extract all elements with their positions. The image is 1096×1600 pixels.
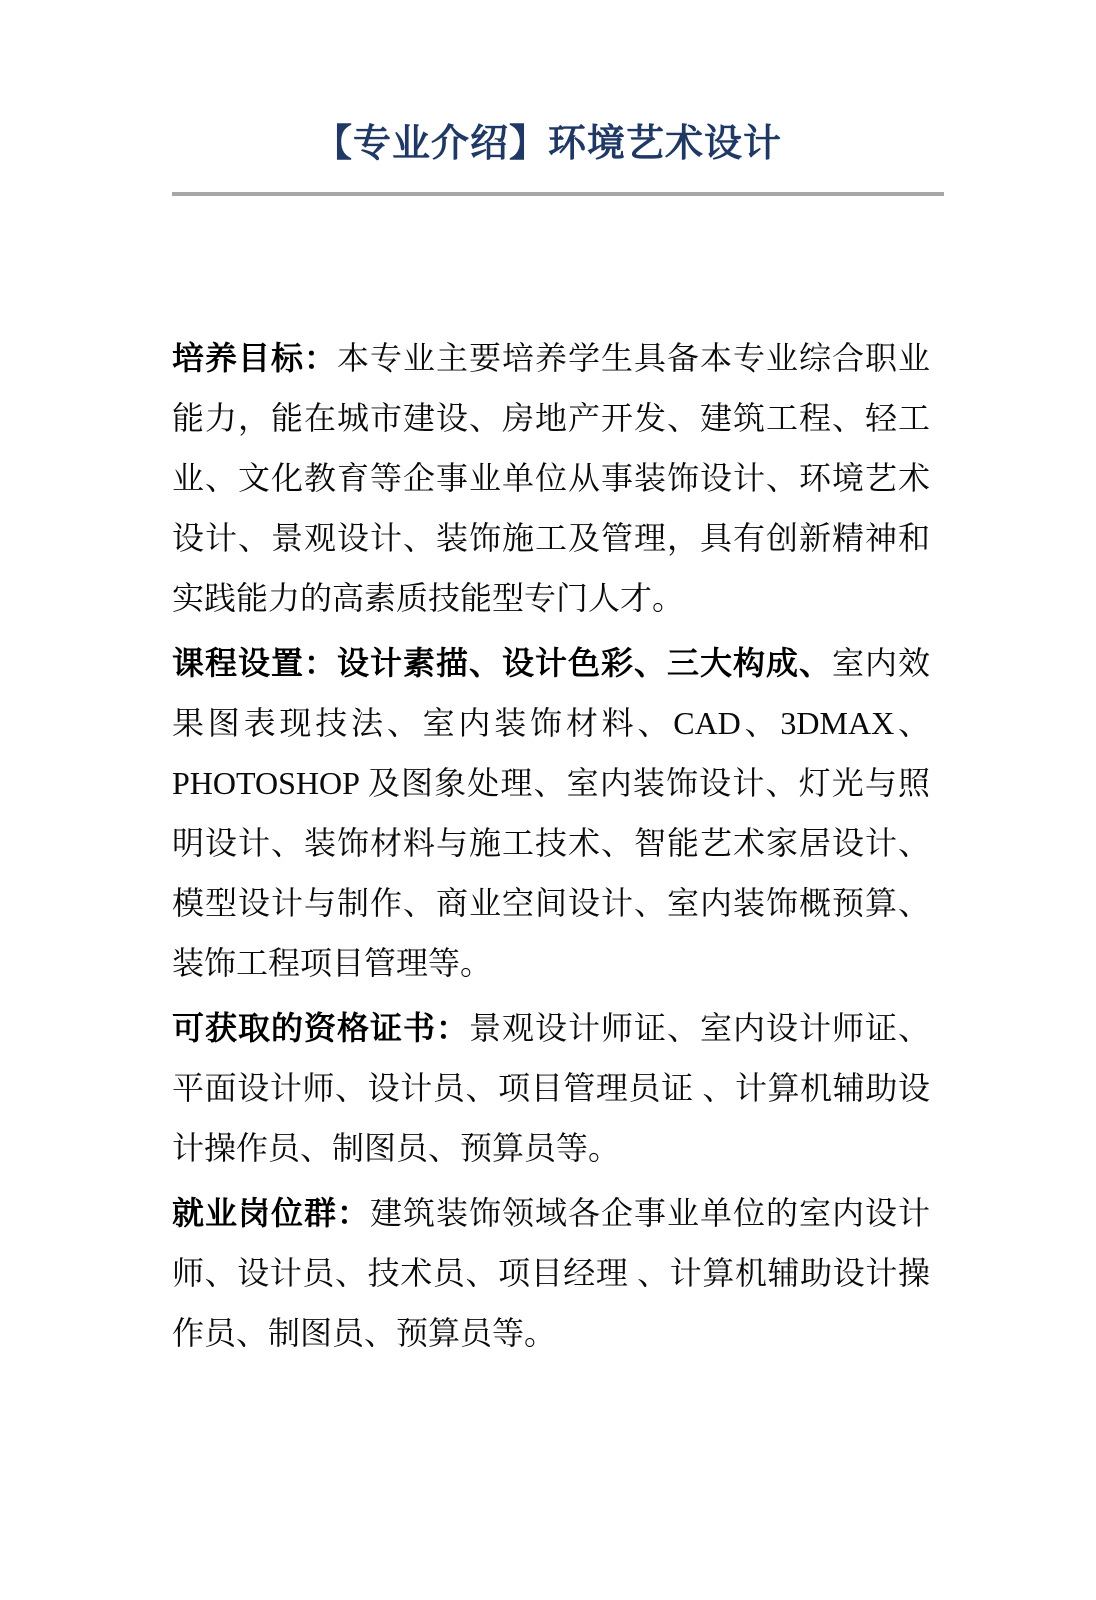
page-title: 【专业介绍】环境艺术设计 xyxy=(0,0,1096,166)
curriculum-core-courses: 设计素描、设计色彩、三大构成、 xyxy=(337,645,832,681)
paragraph-certificates: 可获取的资格证书：景观设计师证、室内设计师证、平面设计师、设计员、项目管理员证 … xyxy=(172,998,930,1178)
certificates-heading: 可获取的资格证书： xyxy=(172,1010,469,1046)
paragraph-curriculum: 课程设置：设计素描、设计色彩、三大构成、室内效果图表现技法、室内装饰材料、CAD… xyxy=(172,633,930,993)
job-positions-heading: 就业岗位群： xyxy=(172,1195,370,1231)
document-page: 【专业介绍】环境艺术设计 培养目标：本专业主要培养学生具备本专业综合职业能力，能… xyxy=(0,0,1096,1600)
document-body: 培养目标：本专业主要培养学生具备本专业综合职业能力，能在城市建设、房地产开发、建… xyxy=(172,328,930,1363)
training-objectives-text: 本专业主要培养学生具备本专业综合职业能力，能在城市建设、房地产开发、建筑工程、轻… xyxy=(172,340,930,616)
curriculum-text: 室内效果图表现技法、室内装饰材料、CAD、3DMAX、PHOTOSHOP 及图象… xyxy=(172,645,930,981)
training-objectives-heading: 培养目标： xyxy=(172,340,337,376)
paragraph-training-objectives: 培养目标：本专业主要培养学生具备本专业综合职业能力，能在城市建设、房地产开发、建… xyxy=(172,328,930,628)
paragraph-job-positions: 就业岗位群：建筑装饰领域各企事业单位的室内设计师、设计员、技术员、项目经理 、计… xyxy=(172,1183,930,1363)
curriculum-heading: 课程设置： xyxy=(172,645,337,681)
title-divider xyxy=(172,192,944,196)
